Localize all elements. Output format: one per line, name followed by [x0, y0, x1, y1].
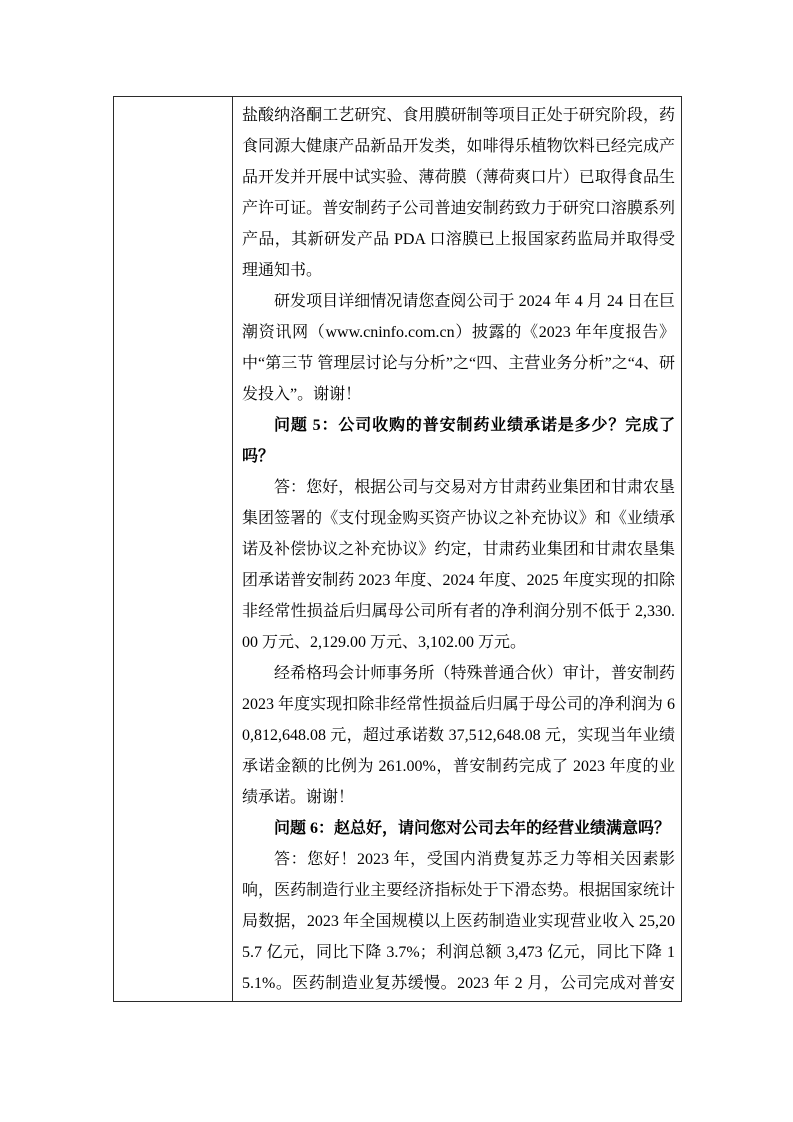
answer-5-audit-result: 经希格玛会计师事务所（特殊普通合伙）审计，普安制药 2023 年度实现扣除非经常… — [242, 658, 675, 813]
qa-table: 盐酸纳洛酮工艺研究、食用膜研制等项目正处于研究阶段，药食同源大健康产品新品开发类… — [113, 96, 682, 1002]
document-page: 盐酸纳洛酮工艺研究、食用膜研制等项目正处于研究阶段，药食同源大健康产品新品开发类… — [0, 0, 793, 1122]
paragraph-rd-projects-status: 盐酸纳洛酮工艺研究、食用膜研制等项目正处于研究阶段，药食同源大健康产品新品开发类… — [242, 100, 675, 286]
paragraph-rd-details-reference: 研发项目详细情况请您查阅公司于 2024 年 4 月 24 日在巨潮资讯网（ww… — [242, 286, 675, 410]
table-content-cell: 盐酸纳洛酮工艺研究、食用膜研制等项目正处于研究阶段，药食同源大健康产品新品开发类… — [233, 97, 681, 1001]
answer-6-industry-overview: 答：您好！2023 年，受国内消费复苏乏力等相关因素影响，医药制造行业主要经济指… — [242, 844, 675, 1001]
question-5-heading: 问题 5：公司收购的普安制药业绩承诺是多少？完成了吗？ — [242, 410, 675, 472]
answer-5-performance-commitment: 答：您好，根据公司与交易对方甘肃药业集团和甘肃农垦集团签署的《支付现金购买资产协… — [242, 472, 675, 658]
question-6-heading: 问题 6：赵总好，请问您对公司去年的经营业绩满意吗？ — [242, 813, 675, 844]
table-left-cell — [114, 97, 233, 1001]
